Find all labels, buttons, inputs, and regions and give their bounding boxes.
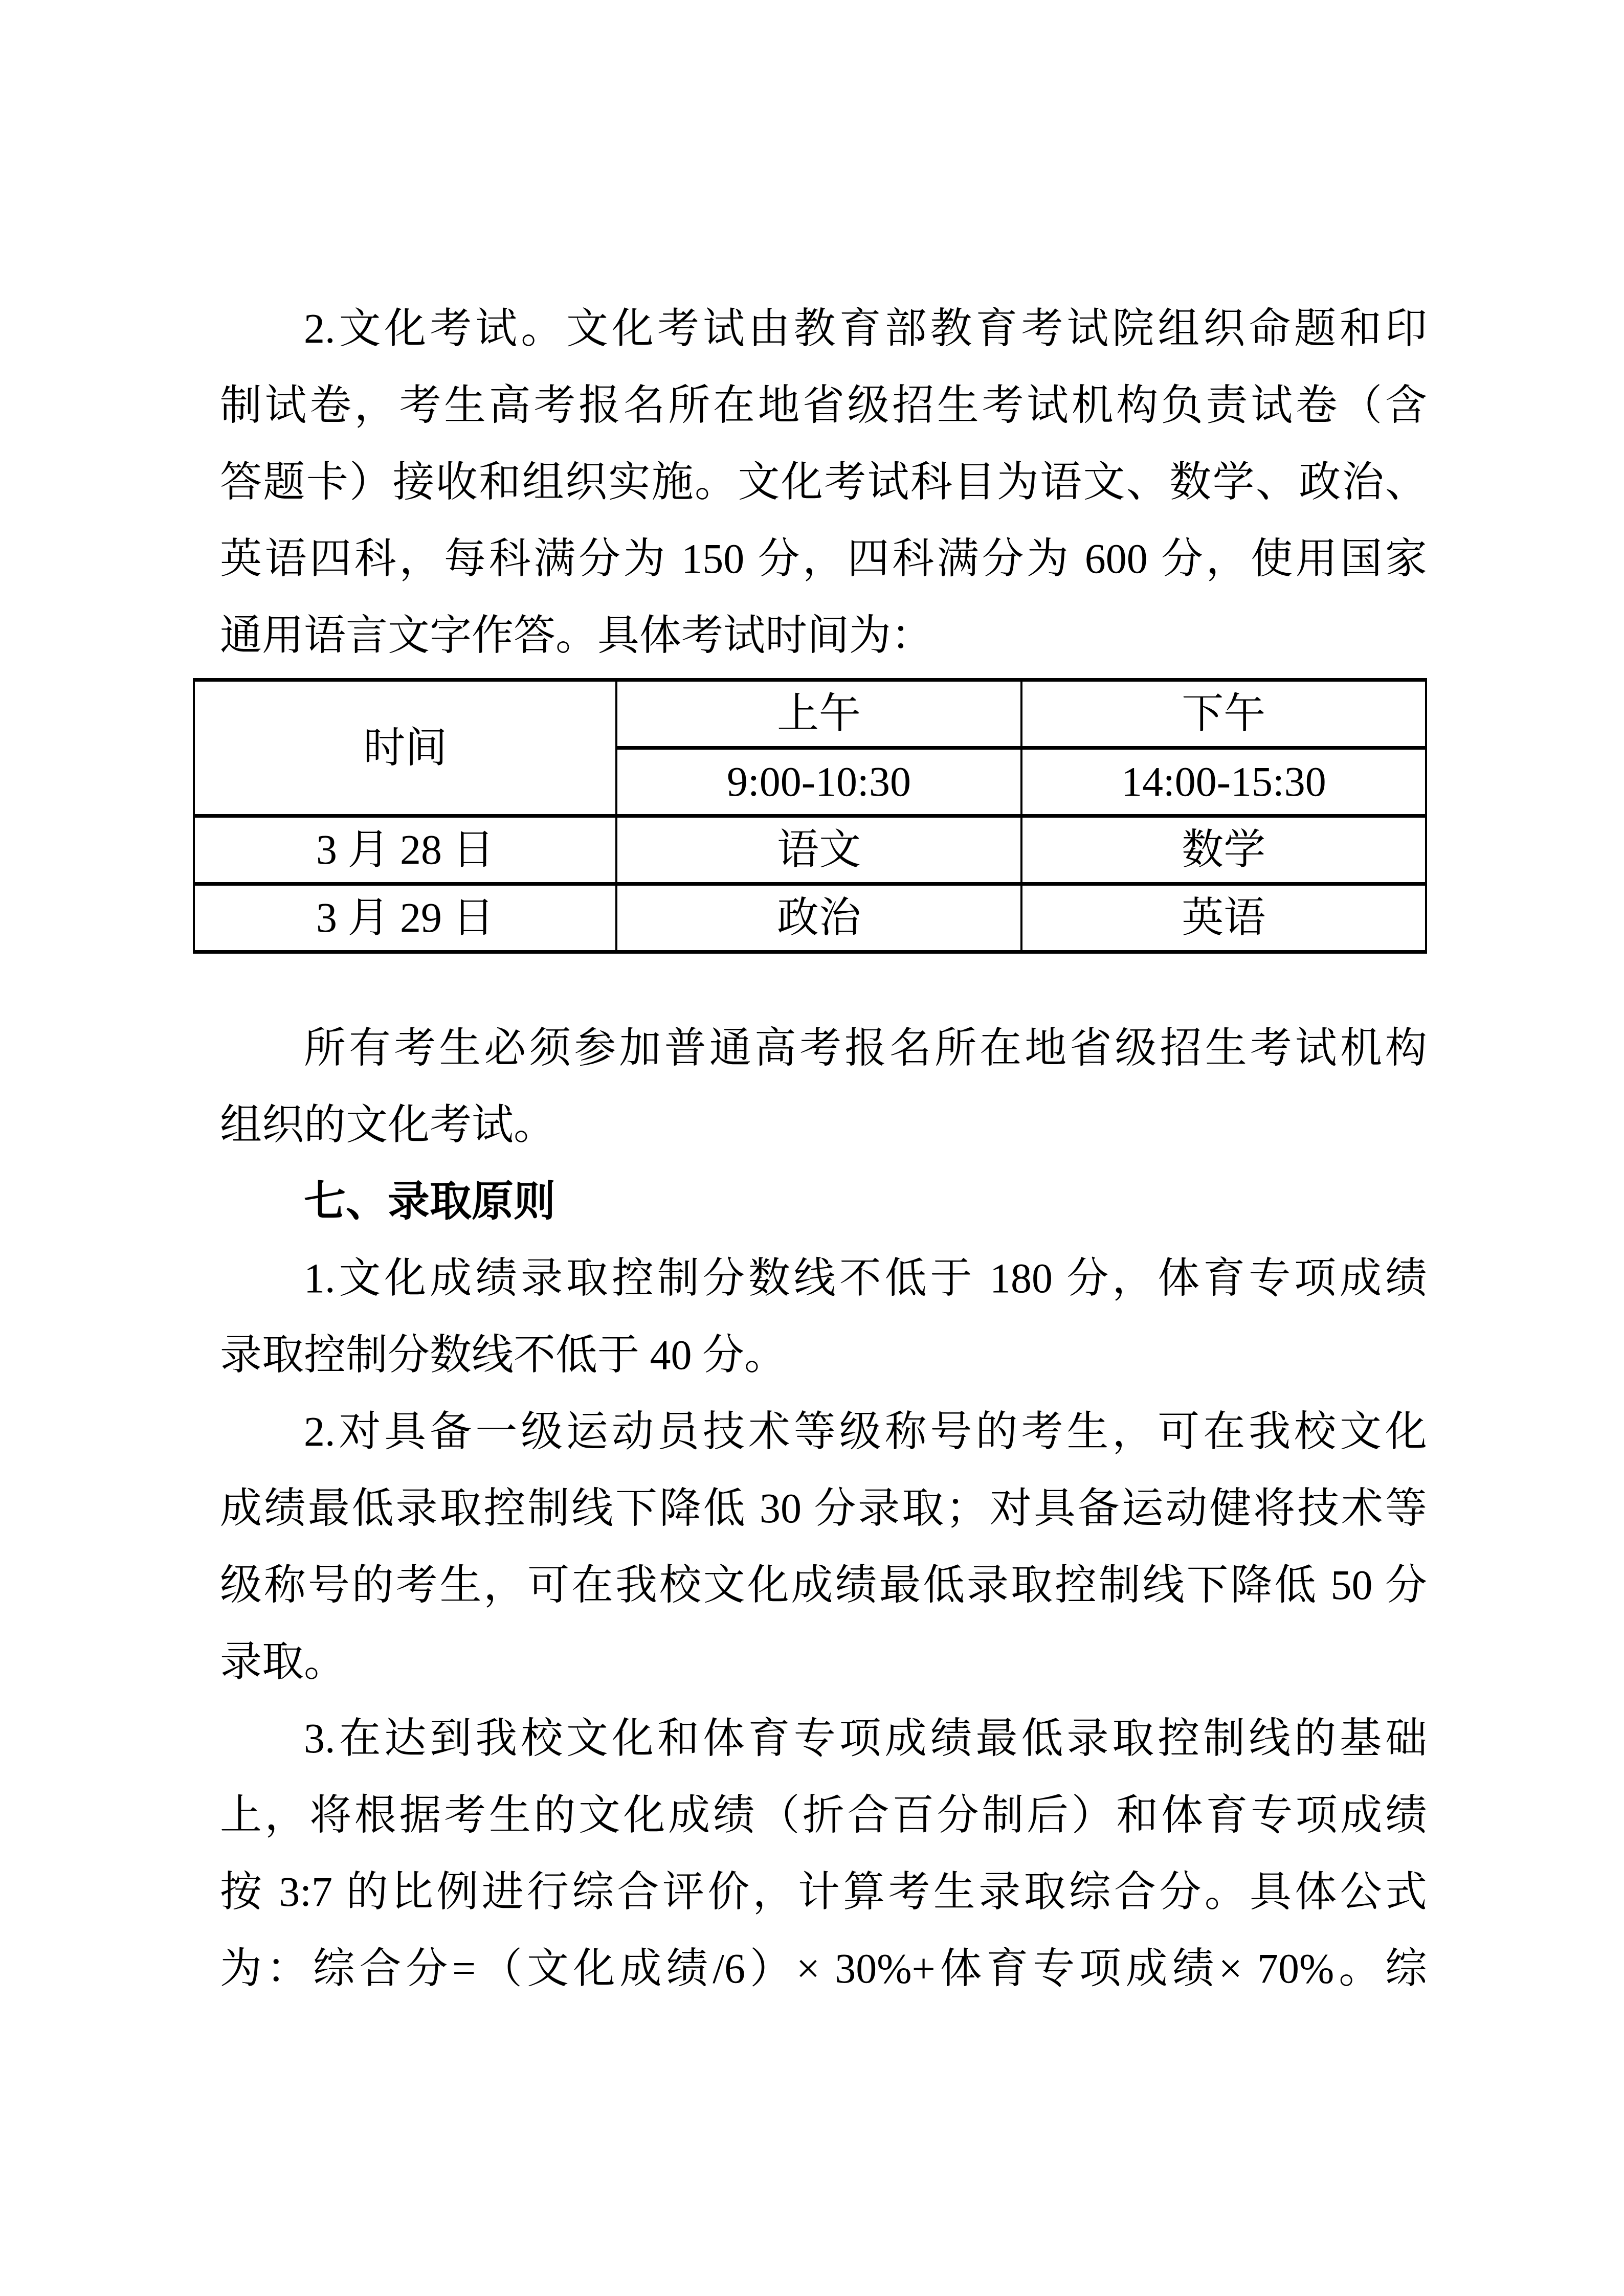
exam-schedule-table: 时间 上午 下午 9:00-10:30 14:00-15:30 3 月 28 日… bbox=[193, 678, 1427, 954]
text-line: 制试卷，考生高考报名所在地省级招生考试机构负责试卷（含 bbox=[220, 367, 1427, 444]
table-cell-date: 3 月 29 日 bbox=[194, 884, 616, 952]
table-row: 时间 上午 下午 bbox=[194, 680, 1426, 748]
text-line: 答题卡）接收和组织实施。文化考试科目为语文、数学、政治、 bbox=[220, 444, 1427, 521]
paragraph-rule-2: 2.对具备一级运动员技术等级称号的考生，可在我校文化 成绩最低录取控制线下降低 … bbox=[193, 1393, 1427, 1700]
document-content: 2.文化考试。文化考试由教育部教育考试院组织命题和印 制试卷，考生高考报名所在地… bbox=[193, 290, 1427, 2007]
table-cell-subject: 语文 bbox=[616, 816, 1021, 884]
table-cell-afternoon-header: 下午 bbox=[1021, 680, 1426, 748]
paragraph-mandatory-exam: 所有考生必须参加普通高考报名所在地省级招生考试机构 组织的文化考试。 bbox=[193, 1010, 1427, 1163]
text-line: 所有考生必须参加普通高考报名所在地省级招生考试机构 bbox=[220, 1010, 1427, 1087]
text-line: 通用语言文字作答。具体考试时间为： bbox=[220, 597, 1427, 674]
table-cell-subject: 数学 bbox=[1021, 816, 1426, 884]
table-cell-morning-time: 9:00-10:30 bbox=[616, 748, 1021, 816]
text-line: 级称号的考生，可在我校文化成绩最低录取控制线下降低 50 分 bbox=[220, 1547, 1427, 1624]
text-line: 2.对具备一级运动员技术等级称号的考生，可在我校文化 bbox=[220, 1393, 1427, 1470]
paragraph-culture-exam: 2.文化考试。文化考试由教育部教育考试院组织命题和印 制试卷，考生高考报名所在地… bbox=[193, 290, 1427, 674]
text-line: 录取控制分数线不低于 40 分。 bbox=[220, 1317, 1427, 1393]
table-cell-afternoon-time: 14:00-15:30 bbox=[1021, 748, 1426, 816]
table-cell-subject: 政治 bbox=[616, 884, 1021, 952]
table-cell-time-label: 时间 bbox=[194, 680, 616, 816]
table-row: 3 月 29 日 政治 英语 bbox=[194, 884, 1426, 952]
document-page: 2.文化考试。文化考试由教育部教育考试院组织命题和印 制试卷，考生高考报名所在地… bbox=[0, 0, 1624, 2296]
text-line: 组织的文化考试。 bbox=[220, 1087, 1427, 1163]
text-line: 为：综合分=（文化成绩/6）× 30%+体育专项成绩× 70%。综 bbox=[220, 1930, 1427, 2007]
text-line: 2.文化考试。文化考试由教育部教育考试院组织命题和印 bbox=[220, 290, 1427, 367]
text-line: 成绩最低录取控制线下降低 30 分录取；对具备运动健将技术等 bbox=[220, 1470, 1427, 1547]
text-line: 上，将根据考生的文化成绩（折合百分制后）和体育专项成绩 bbox=[220, 1777, 1427, 1854]
text-line: 1.文化成绩录取控制分数线不低于 180 分，体育专项成绩 bbox=[220, 1240, 1427, 1317]
text-line: 录取。 bbox=[220, 1624, 1427, 1700]
text-line: 3.在达到我校文化和体育专项成绩最低录取控制线的基础 bbox=[220, 1700, 1427, 1777]
paragraph-rule-3: 3.在达到我校文化和体育专项成绩最低录取控制线的基础 上，将根据考生的文化成绩（… bbox=[193, 1700, 1427, 2007]
text-line: 按 3:7 的比例进行综合评价，计算考生录取综合分。具体公式 bbox=[220, 1854, 1427, 1930]
table-cell-morning-header: 上午 bbox=[616, 680, 1021, 748]
text-line: 英语四科，每科满分为 150 分，四科满分为 600 分，使用国家 bbox=[220, 521, 1427, 597]
table-cell-date: 3 月 28 日 bbox=[194, 816, 616, 884]
paragraph-rule-1: 1.文化成绩录取控制分数线不低于 180 分，体育专项成绩 录取控制分数线不低于… bbox=[193, 1240, 1427, 1393]
table-cell-subject: 英语 bbox=[1021, 884, 1426, 952]
heading-admission-principles: 七、录取原则 bbox=[193, 1163, 1427, 1240]
table-row: 3 月 28 日 语文 数学 bbox=[194, 816, 1426, 884]
